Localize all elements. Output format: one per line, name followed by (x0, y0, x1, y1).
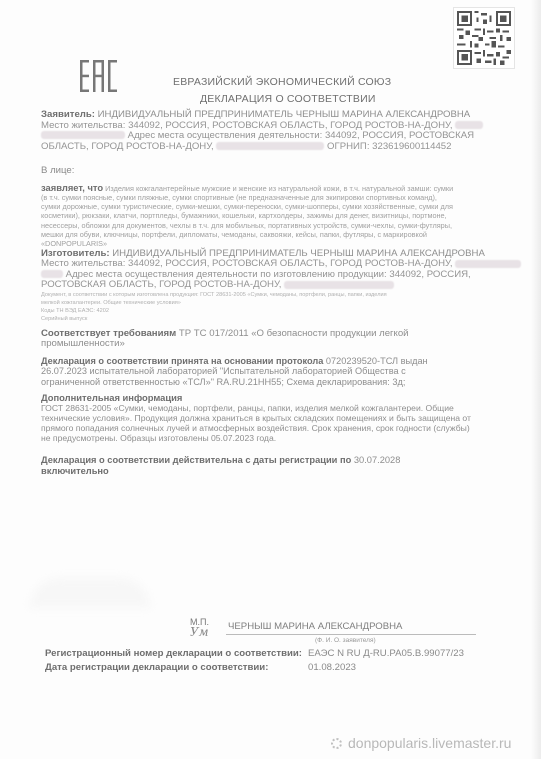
standard-doc-line-cont: мелкой кожгалантереи. Общие технические … (41, 299, 506, 307)
scan-smudge (30, 578, 150, 608)
reg-date-value: 01.08.2023 (308, 661, 356, 675)
hs-codes: Коды ТН ВЭД ЕАЭС: 4202 (41, 307, 506, 315)
signatory-caption: (Ф. И. О. заявителя) (315, 637, 376, 644)
reg-number-label: Регистрационный номер декларации о соотв… (45, 647, 302, 661)
declaration-body: Заявитель: ИНДИВИДУАЛЬНЫЙ ПРЕДПРИНИМАТЕЛ… (41, 110, 506, 476)
applicant-label: Заявитель: (41, 109, 95, 120)
serial-production: Серийный выпуск (41, 315, 506, 323)
flower-logo-icon (331, 738, 342, 749)
protocol-block: Декларация о соответствии принята на осн… (41, 356, 506, 388)
redacted-text (41, 270, 63, 278)
signature-icon: Ум (190, 625, 209, 639)
manufacturer-activity-cont: РОСТОВСКАЯ ОБЛАСТЬ, ГОРОД РОСТОВ-НА-ДОНУ… (41, 280, 506, 291)
page-edge-shadow (531, 0, 541, 759)
declares-label: заявляет, что (41, 182, 103, 193)
additional-info-label: Дополнительная информация (41, 392, 182, 403)
eac-logo (80, 60, 120, 92)
signatory-name: ЧЕРНЫШ МАРИНА АЛЕКСАНДРОВНА (228, 621, 402, 632)
union-title: ЕВРАЗИЙСКИЙ ЭКОНОМИЧЕСКИЙ СОЮЗ (173, 76, 391, 88)
validity-date: 30.07.2028 (354, 455, 401, 465)
signature-line (226, 634, 476, 635)
manufacturer-label: Изготовитель: (41, 248, 110, 259)
document-title: ДЕКЛАРАЦИЯ О СООТВЕТСТВИИ (200, 93, 376, 105)
reg-number-value: ЕАЭС N RU Д-RU.РА05.В.99077/23 (308, 647, 464, 661)
in-person-label: В лице: (41, 166, 506, 177)
watermark-text: donpopularis.livemaster.ru (348, 735, 511, 751)
reg-date-label: Дата регистрации декларации о соответств… (45, 661, 268, 675)
redacted-text (284, 281, 394, 289)
standard-doc-line: Документ, в соответствии с которым изгот… (41, 291, 506, 299)
redacted-text (455, 260, 521, 268)
complies-block: Соответствует требованиям ТР ТС 017/2011… (41, 329, 506, 350)
redacted-text (216, 142, 324, 150)
validity-block: Декларация о соответствии действительна … (41, 455, 506, 476)
watermark: donpopularis.livemaster.ru (331, 735, 511, 751)
qr-code-icon (453, 7, 515, 69)
redacted-text (41, 131, 125, 139)
declares-block: заявляет, что Изделия кожгалантерейные м… (41, 183, 506, 249)
redacted-text (455, 121, 483, 129)
applicant-name: ИНДИВИДУАЛЬНЫЙ ПРЕДПРИНИМАТЕЛЬ ЧЕРНЫШ МА… (98, 109, 471, 120)
applicant-activity-cont: ОБЛАСТЬ, ГОРОД РОСТОВ-НА-ДОНУ, ОГРНИП: 3… (41, 142, 506, 153)
additional-info-block: Дополнительная информация ГОСТ 28631-200… (41, 393, 506, 443)
